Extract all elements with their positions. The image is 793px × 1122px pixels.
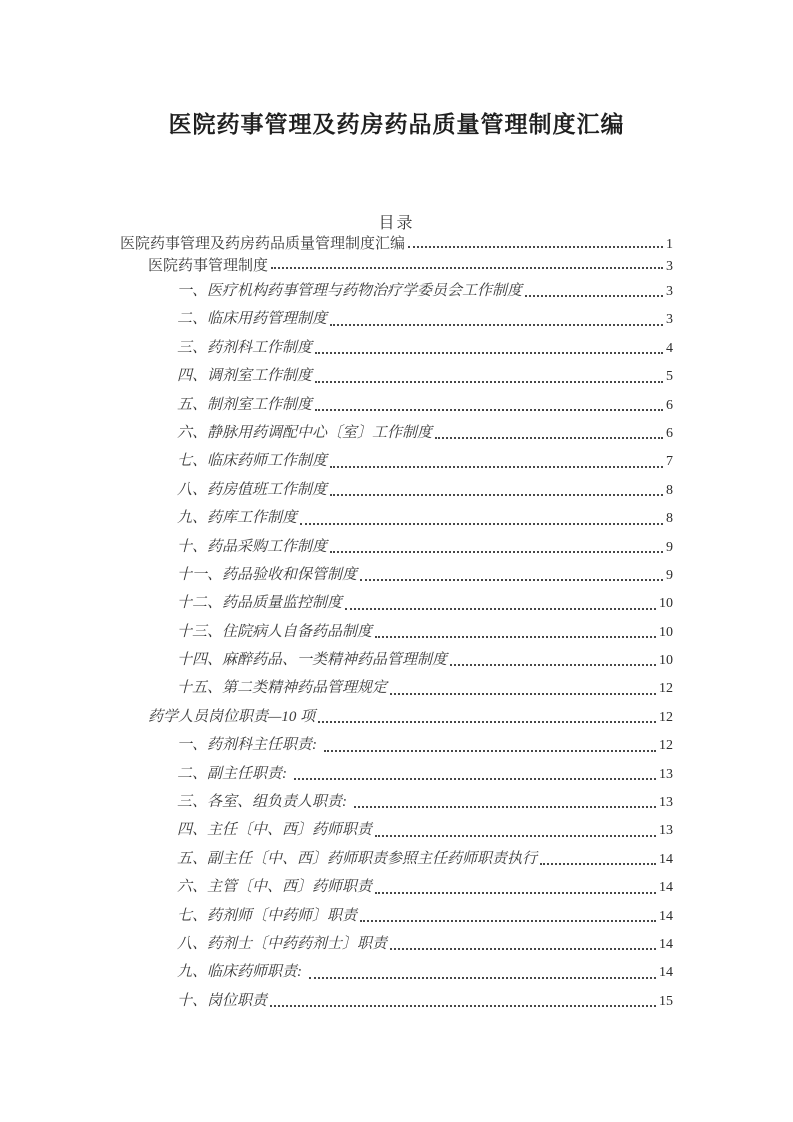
toc-leader-dots [525,295,663,297]
toc-leader-dots [315,381,663,383]
toc-entry-page-number: 3 [666,278,673,306]
toc-leader-dots [354,806,656,808]
toc-entry[interactable]: 二、临床用药管理制度3 [120,305,673,333]
toc-leader-dots [390,693,656,695]
toc-entry-page-number: 10 [659,590,673,618]
toc-leader-dots [315,352,663,354]
toc-entry-label: 二、临床用药管理制度 [177,305,327,333]
toc-leader-dots [345,608,656,610]
toc-leader-dots [309,977,656,979]
toc-entry-label: 十、岗位职责 [177,987,267,1015]
toc-entry-page-number: 1 [666,234,673,256]
toc-entry-page-number: 13 [659,817,673,845]
toc-entry-page-number: 12 [659,675,673,703]
toc-entry-page-number: 3 [666,256,673,278]
toc-leader-dots [540,863,656,865]
table-of-contents: 医院药事管理及药房药品质量管理制度汇编1医院药事管理制度3一、医疗机构药事管理与… [120,234,673,1015]
toc-leader-dots [271,267,663,269]
toc-leader-dots [330,494,663,496]
toc-entry[interactable]: 十四、麻醉药品、一类精神药品管理制度10 [120,646,673,674]
toc-leader-dots [318,721,656,723]
document-title: 医院药事管理及药房药品质量管理制度汇编 [120,0,673,142]
toc-entry[interactable]: 六、主管〔中、西〕药师职责14 [120,873,673,901]
toc-entry[interactable]: 十五、第二类精神药品管理规定12 [120,674,673,702]
toc-entry-label: 十、药品采购工作制度 [177,533,327,561]
toc-entry[interactable]: 十、岗位职责15 [120,987,673,1015]
toc-leader-dots [375,636,656,638]
toc-leader-dots [330,551,663,553]
toc-entry-page-number: 14 [659,931,673,959]
toc-entry[interactable]: 四、主任〔中、西〕药师职责13 [120,816,673,844]
toc-entry-page-number: 14 [659,959,673,987]
toc-leader-dots [408,246,663,248]
toc-entry[interactable]: 四、调剂室工作制度5 [120,362,673,390]
toc-leader-dots [294,778,656,780]
toc-entry-page-number: 9 [666,534,673,562]
toc-entry-label: 六、主管〔中、西〕药师职责 [177,873,372,901]
toc-entry[interactable]: 七、药剂师〔中药师〕职责14 [120,902,673,930]
toc-entry-page-number: 15 [659,988,673,1016]
toc-leader-dots [375,835,656,837]
toc-entry-page-number: 13 [659,789,673,817]
toc-entry-page-number: 3 [666,306,673,334]
toc-entry-page-number: 10 [659,619,673,647]
toc-entry[interactable]: 十、药品采购工作制度9 [120,533,673,561]
toc-entry-label: 十四、麻醉药品、一类精神药品管理制度 [177,646,447,674]
toc-entry-label: 四、调剂室工作制度 [177,362,312,390]
toc-entry[interactable]: 五、制剂室工作制度6 [120,391,673,419]
toc-entry[interactable]: 三、各室、组负责人职责: 13 [120,788,673,816]
toc-leader-dots [360,579,663,581]
toc-leader-dots [300,523,663,525]
toc-entry-page-number: 9 [666,562,673,590]
toc-entry[interactable]: 九、药库工作制度8 [120,504,673,532]
toc-heading: 目录 [120,214,673,234]
toc-entry-page-number: 14 [659,846,673,874]
toc-entry-label: 二、副主任职责: [177,760,291,788]
toc-leader-dots [375,892,656,894]
toc-leader-dots [330,466,663,468]
toc-entry[interactable]: 药学人员岗位职责—10 项12 [120,703,673,731]
toc-entry-label: 十二、药品质量监控制度 [177,589,342,617]
toc-entry-label: 四、主任〔中、西〕药师职责 [177,816,372,844]
toc-entry-label: 九、药库工作制度 [177,504,297,532]
toc-leader-dots [360,920,656,922]
toc-entry-label: 一、医疗机构药事管理与药物治疗学委员会工作制度 [177,277,522,305]
toc-entry-label: 六、静脉用药调配中心〔室〕工作制度 [177,419,432,447]
toc-entry[interactable]: 一、医疗机构药事管理与药物治疗学委员会工作制度3 [120,277,673,305]
toc-leader-dots [324,750,656,752]
toc-entry-label: 十五、第二类精神药品管理规定 [177,674,387,702]
toc-entry-label: 五、制剂室工作制度 [177,391,312,419]
toc-entry-page-number: 4 [666,335,673,363]
toc-entry-page-number: 10 [659,647,673,675]
toc-entry[interactable]: 五、副主任〔中、西〕药师职责参照主任药师职责执行14 [120,845,673,873]
toc-entry-label: 十一、药品验收和保管制度 [177,561,357,589]
toc-entry-label: 医院药事管理及药房药品质量管理制度汇编 [120,234,405,256]
toc-entry[interactable]: 十二、药品质量监控制度10 [120,589,673,617]
toc-leader-dots [390,948,656,950]
toc-entry[interactable]: 医院药事管理及药房药品质量管理制度汇编1 [120,234,673,256]
toc-leader-dots [315,409,663,411]
toc-leader-dots [270,1005,656,1007]
toc-entry-label: 七、药剂师〔中药师〕职责 [177,902,357,930]
toc-entry-label: 医院药事管理制度 [148,256,268,278]
toc-entry-label: 三、各室、组负责人职责: [177,788,351,816]
toc-entry-page-number: 7 [666,448,673,476]
toc-entry[interactable]: 医院药事管理制度3 [120,256,673,278]
toc-entry-label: 十三、住院病人自备药品制度 [177,618,372,646]
toc-entry-label: 八、药房值班工作制度 [177,476,327,504]
toc-entry-page-number: 14 [659,903,673,931]
toc-entry[interactable]: 二、副主任职责: 13 [120,760,673,788]
toc-entry[interactable]: 三、药剂科工作制度4 [120,334,673,362]
toc-entry-page-number: 13 [659,761,673,789]
toc-entry-label: 药学人员岗位职责—10 项 [148,703,315,731]
toc-entry-page-number: 12 [659,732,673,760]
toc-entry-label: 三、药剂科工作制度 [177,334,312,362]
toc-entry[interactable]: 八、药房值班工作制度8 [120,476,673,504]
toc-entry-label: 一、药剂科主任职责: [177,731,321,759]
toc-entry[interactable]: 六、静脉用药调配中心〔室〕工作制度6 [120,419,673,447]
toc-entry[interactable]: 一、药剂科主任职责: 12 [120,731,673,759]
toc-entry-page-number: 8 [666,477,673,505]
toc-entry-page-number: 5 [666,363,673,391]
toc-leader-dots [330,324,663,326]
toc-entry-label: 七、临床药师工作制度 [177,447,327,475]
document-page: 医院药事管理及药房药品质量管理制度汇编 目录 医院药事管理及药房药品质量管理制度… [0,0,793,1015]
toc-entry[interactable]: 八、药剂士〔中药药剂士〕职责14 [120,930,673,958]
toc-leader-dots [435,437,663,439]
toc-entry-page-number: 6 [666,392,673,420]
toc-entry-page-number: 6 [666,420,673,448]
toc-entry[interactable]: 九、临床药师职责: 14 [120,958,673,986]
toc-leader-dots [450,664,656,666]
toc-entry-label: 五、副主任〔中、西〕药师职责参照主任药师职责执行 [177,845,537,873]
toc-entry-page-number: 14 [659,874,673,902]
toc-entry[interactable]: 十一、药品验收和保管制度9 [120,561,673,589]
toc-entry-page-number: 8 [666,505,673,533]
toc-entry[interactable]: 十三、住院病人自备药品制度10 [120,618,673,646]
toc-entry-page-number: 12 [659,704,673,732]
toc-entry-label: 九、临床药师职责: [177,958,306,986]
toc-entry[interactable]: 七、临床药师工作制度7 [120,447,673,475]
toc-entry-label: 八、药剂士〔中药药剂士〕职责 [177,930,387,958]
